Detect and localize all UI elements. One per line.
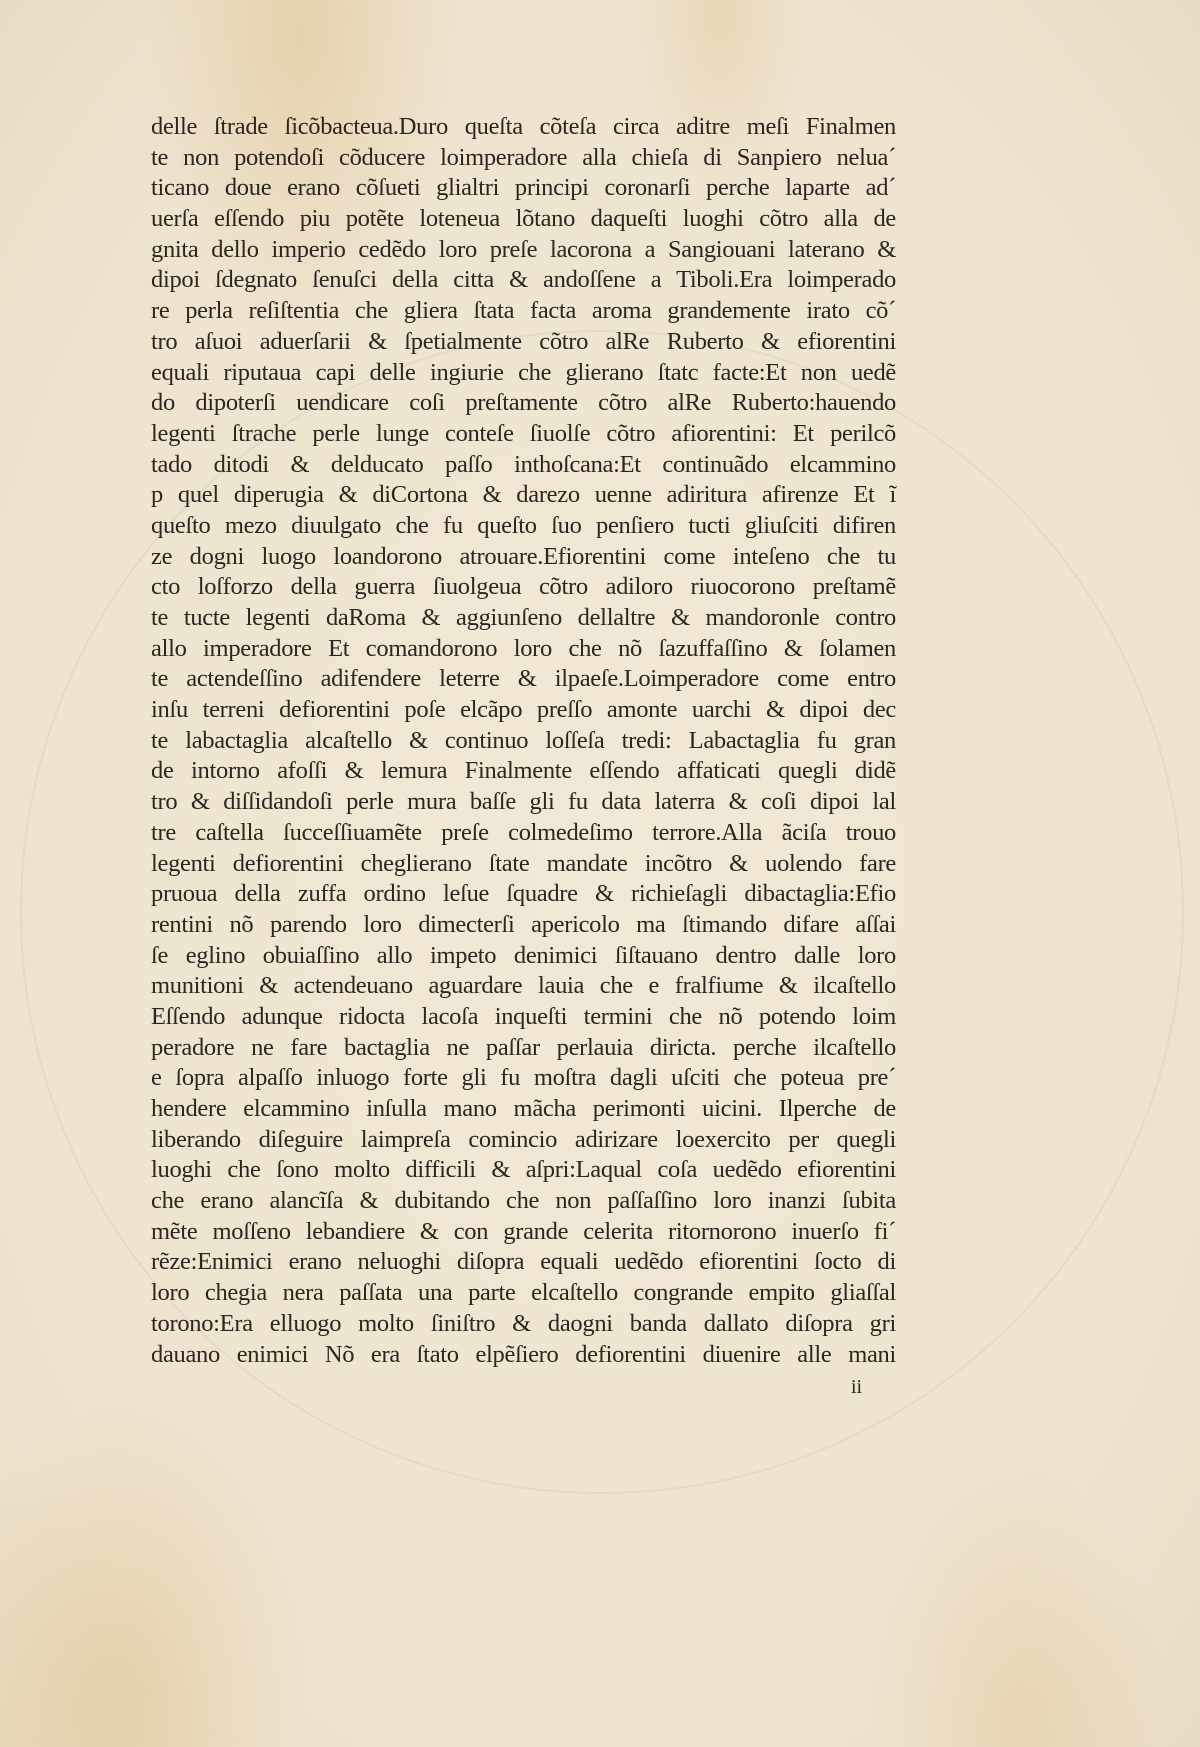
text-line: uerſa eſſendo piu potẽte loteneua lõtano…	[151, 204, 896, 235]
text-line: delle ſtrade ſicõbacteua.Duro queſta cõt…	[151, 112, 896, 143]
text-line: legenti ſtrache perle lunge conteſe ſiuo…	[151, 419, 896, 450]
text-line: ze dogni luogo loandorono atrouare.Efior…	[151, 542, 896, 573]
text-line: allo imperadore Et comandorono loro che …	[151, 634, 896, 665]
text-line: luoghi che ſono molto difficili & aſpri:…	[151, 1155, 896, 1186]
text-line: loro chegia nera paſſata una parte elcaſ…	[151, 1278, 896, 1309]
text-line: Eſſendo adunque ridocta lacoſa inqueſti …	[151, 1002, 896, 1033]
text-line: rẽze:Enimici erano neluoghi diſopra equa…	[151, 1247, 896, 1278]
text-line: de intorno afoſſi & lemura Finalmente eſ…	[151, 756, 896, 787]
text-line: tado ditodi & delducato paſſo inthoſcana…	[151, 450, 896, 481]
text-line: te tucte legenti daRoma & aggiunſeno del…	[151, 603, 896, 634]
text-line: dauano enimici Nõ era ſtato elpẽſiero de…	[151, 1340, 896, 1371]
text-line: legenti defiorentini cheglierano ſtate m…	[151, 849, 896, 880]
text-line: ſe eglino obuiaſſino allo impeto denimic…	[151, 941, 896, 972]
printed-text-block: delle ſtrade ſicõbacteua.Duro queſta cõt…	[151, 112, 896, 1370]
text-line: torono:Era elluogo molto ſiniſtro & daog…	[151, 1309, 896, 1340]
text-line: re perla reſiſtentia che gliera ſtata fa…	[151, 296, 896, 327]
text-line: do dipoterſi uendicare coſi preſtamente …	[151, 388, 896, 419]
text-line: peradore ne fare bactaglia ne paſſar per…	[151, 1033, 896, 1064]
text-line: rentini nõ parendo loro dimecterſi aperi…	[151, 910, 896, 941]
text-line: te labactaglia alcaſtello & continuo loſ…	[151, 726, 896, 757]
page-number: ii	[851, 1376, 862, 1399]
text-line: p quel diperugia & diCortona & darezo ue…	[151, 480, 896, 511]
text-line: inſu terreni defiorentini poſe elcãpo pr…	[151, 695, 896, 726]
text-line: ticano doue erano cõſueti glialtri princ…	[151, 173, 896, 204]
text-line: cto loſforzo della guerra ſiuolgeua cõtr…	[151, 572, 896, 603]
text-line: te actendeſſino adifendere leterre & ilp…	[151, 664, 896, 695]
text-line: munitioni & actendeuano aguardare lauia …	[151, 971, 896, 1002]
text-line: che erano alancĩſa & dubitando che non p…	[151, 1186, 896, 1217]
text-line: hendere elcammino inſulla mano mãcha per…	[151, 1094, 896, 1125]
text-line: queſto mezo diuulgato che fu queſto ſuo …	[151, 511, 896, 542]
text-line: e ſopra alpaſſo inluogo forte gli fu moſ…	[151, 1063, 896, 1094]
text-line: tre caſtella ſucceſſiuamẽte preſe colmed…	[151, 818, 896, 849]
text-line: mẽte moſſeno lebandiere & con grande cel…	[151, 1217, 896, 1248]
text-line: pruoua della zuffa ordino leſue ſquadre …	[151, 879, 896, 910]
text-line: dipoi ſdegnato ſenuſci della citta & and…	[151, 265, 896, 296]
text-line: equali riputaua capi delle ingiurie che …	[151, 358, 896, 389]
text-line: gnita dello imperio cedẽdo loro preſe la…	[151, 235, 896, 266]
parchment-page: delle ſtrade ſicõbacteua.Duro queſta cõt…	[0, 0, 1200, 1747]
text-line: tro aſuoi aduerſarii & ſpetialmente cõtr…	[151, 327, 896, 358]
text-line: tro & diſſidandoſi perle mura baſſe gli …	[151, 787, 896, 818]
text-line: liberando diſeguire laimpreſa comincio a…	[151, 1125, 896, 1156]
text-line: te non potendoſi cõducere loimperadore a…	[151, 143, 896, 174]
